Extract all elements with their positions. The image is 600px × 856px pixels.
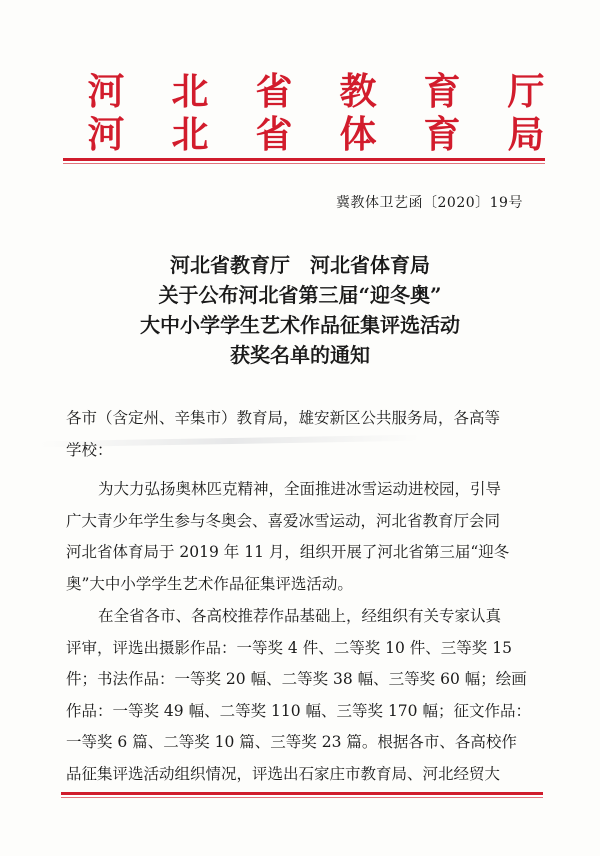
document-page: 河 北 省 教 育 厅 河 北 省 体 育 局 冀教体卫艺函〔2020〕19号 … [0,0,600,856]
letterhead-char: 河 [86,70,126,112]
letterhead-char: 省 [254,70,294,112]
title-line: 关于公布河北省第三届“迎冬奥” [0,280,600,310]
document-title: 河北省教育厅 河北省体育局 关于公布河北省第三届“迎冬奥” 大中小学学生艺术作品… [0,250,600,370]
title-line: 获奖名单的通知 [0,340,600,370]
title-line: 河北省教育厅 河北省体育局 [0,250,600,280]
paragraph-line: 作品：一等奖 49 幅、二等奖 110 幅、三等奖 170 幅；征文作品： [66,696,536,728]
paragraph-line: 件；书法作品：一等奖 20 幅、二等奖 38 幅、三等奖 60 幅；绘画 [66,664,536,696]
letterhead-char: 育 [422,113,462,155]
letterhead-char: 省 [254,113,294,155]
paragraph-line: 河北省体育局于 2019 年 11 月，组织开展了河北省第三届“迎冬 [66,537,536,569]
paragraph-line: 在全省各市、各高校推荐作品基础上，经组织有关专家认真 [66,601,536,633]
letterhead-char: 教 [338,70,378,112]
letterhead-char: 局 [506,113,546,155]
paragraph-line: 奥”大中小学学生艺术作品征集评选活动。 [66,569,536,601]
paragraph-line: 为大力弘扬奥林匹克精神，全面推进冰雪运动进校园，引导 [66,474,536,506]
document-number: 冀教体卫艺函〔2020〕19号 [336,192,523,212]
paragraph-line: 评审，评选出摄影作品：一等奖 4 件、二等奖 10 件、三等奖 15 [66,633,536,665]
title-line: 大中小学学生艺术作品征集评选活动 [0,310,600,340]
paragraph-line: 一等奖 6 篇、二等奖 10 篇、三等奖 23 篇。根据各市、各高校作 [66,727,536,759]
letterhead-education-department: 河 北 省 教 育 厅 [86,70,546,112]
paragraph-background: 为大力弘扬奥林匹克精神，全面推进冰雪运动进校园，引导 广大青少年学生参与冬奥会、… [66,474,536,600]
paragraph-line: 广大青少年学生参与冬奥会、喜爱冰雪运动，河北省教育厅会同 [66,506,536,538]
salutation: 各市（含定州、辛集市）教育局，雄安新区公共服务局，各高等 学校： [66,403,536,466]
paragraph-results: 在全省各市、各高校推荐作品基础上，经组织有关专家认真 评审，评选出摄影作品：一等… [66,601,536,790]
letterhead-char: 厅 [506,70,546,112]
letterhead-char: 体 [338,113,378,155]
letterhead-char: 河 [86,113,126,155]
letterhead-char: 北 [170,70,210,112]
salutation-line: 各市（含定州、辛集市）教育局，雄安新区公共服务局，各高等 [66,403,536,435]
salutation-line: 学校： [66,435,536,467]
footer-red-rule [61,792,543,798]
letterhead-sports-bureau: 河 北 省 体 育 局 [86,113,546,155]
letterhead-char: 育 [422,70,462,112]
paragraph-line: 品征集评选活动组织情况，评选出石家庄市教育局、河北经贸大 [66,759,536,791]
letterhead-char: 北 [170,113,210,155]
letterhead-red-rule [63,158,545,164]
